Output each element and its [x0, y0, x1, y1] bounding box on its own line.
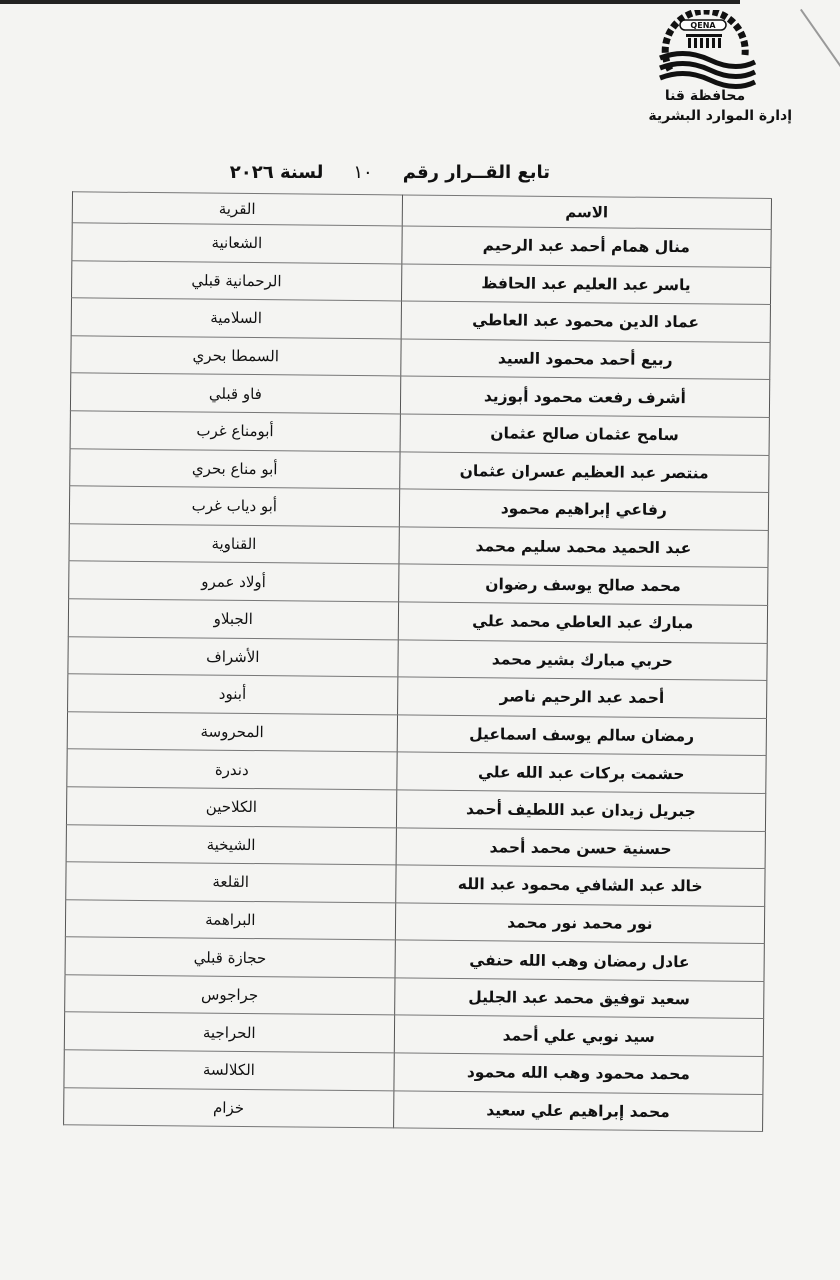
employee-village-table: الاسم القرية منال همام أحمد عبد الرحيمال…	[63, 191, 772, 1132]
employee-name-cell: نور محمد نور محمد	[395, 903, 765, 944]
title-prefix: تابع القــرار رقم	[403, 162, 550, 183]
employee-name-cell: عبد الحميد محمد سليم محمد	[399, 527, 769, 568]
employee-name-cell: منتصر عبد العظيم عسران عثمان	[399, 452, 769, 493]
page-fold-line	[800, 9, 840, 84]
village-cell: الجبلاو	[68, 599, 398, 640]
village-cell: أولاد عمرو	[69, 561, 399, 602]
village-cell: القلعة	[66, 862, 396, 903]
village-cell: دندرة	[67, 749, 397, 790]
governorate-name: محافظة قنا	[640, 88, 770, 104]
employee-name-cell: خالد عبد الشافي محمود عبد الله	[395, 865, 765, 906]
village-cell: أبو مناع بحري	[70, 448, 400, 489]
employee-name-cell: سامح عثمان صالح عثمان	[400, 414, 770, 455]
header-village: القرية	[72, 192, 402, 226]
decision-year: لسنة ٢٠٢٦	[230, 162, 324, 183]
document-title: تابع القــرار رقم ١٠ لسنة ٢٠٢٦	[210, 162, 550, 183]
village-cell: المحروسة	[67, 711, 397, 752]
employee-name-cell: عماد الدين محمود عبد العاطي	[401, 301, 771, 342]
village-cell: السمطا بحري	[71, 336, 401, 377]
village-cell: الكلالسة	[64, 1050, 394, 1091]
village-cell: الشعانية	[72, 223, 402, 264]
employee-name-cell: سعيد توفيق محمد عبد الجليل	[394, 978, 764, 1019]
employee-name-cell: جبريل زيدان عبد اللطيف أحمد	[396, 790, 766, 831]
employee-name-cell: رفاعي إبراهيم محمود	[399, 489, 769, 530]
village-cell: أبو دياب غرب	[69, 486, 399, 527]
village-cell: الأشراف	[68, 636, 398, 677]
village-cell: الكلاحين	[66, 787, 396, 828]
employee-name-cell: ربيع أحمد محمود السيد	[400, 339, 770, 380]
employee-name-cell: سيد نوبي علي أحمد	[394, 1015, 764, 1056]
page-top-edge	[0, 0, 740, 4]
village-cell: حجازة قبلي	[65, 937, 395, 978]
village-cell: أبومناع غرب	[70, 411, 400, 452]
village-cell: البراهمة	[65, 899, 395, 940]
employee-name-cell: رمضان سالم يوسف اسماعيل	[397, 715, 767, 756]
department-name: إدارة الموارد البشرية	[648, 108, 792, 124]
svg-text:QENA: QENA	[690, 21, 716, 30]
village-cell: القناوية	[69, 524, 399, 565]
employee-name-cell: حربي مبارك بشير محمد	[397, 639, 767, 680]
employee-name-cell: أحمد عبد الرحيم ناصر	[397, 677, 767, 718]
village-cell: أبنود	[68, 674, 398, 715]
village-cell: الرحمانية قبلي	[72, 260, 402, 301]
village-cell: فاو قبلي	[70, 373, 400, 414]
logo-emblem-icon: QENA	[650, 10, 760, 90]
employee-name-cell: منال همام أحمد عبد الرحيم	[401, 226, 771, 267]
village-cell: السلامية	[71, 298, 401, 339]
village-cell: الحراجية	[64, 1012, 394, 1053]
village-cell: خزام	[64, 1087, 394, 1128]
employee-name-cell: محمد إبراهيم علي سعيد	[393, 1091, 763, 1132]
letterhead: QENA محافظة قنا	[640, 10, 770, 104]
village-cell: الشيخية	[66, 824, 396, 865]
employee-name-cell: محمد محمود وهب الله محمود	[394, 1053, 764, 1094]
header-name: الاسم	[402, 195, 772, 230]
table-row: محمد إبراهيم علي سعيدخزام	[64, 1087, 763, 1131]
employee-name-cell: ياسر عبد العليم عبد الحافظ	[401, 264, 771, 305]
employee-name-cell: عادل رمضان وهب الله حنفي	[395, 940, 765, 981]
qena-governorate-logo: QENA	[650, 10, 760, 90]
employee-name-cell: مبارك عبد العاطي محمد علي	[398, 602, 768, 643]
employee-name-cell: أشرف رفعت محمود أبوزيد	[400, 376, 770, 417]
employee-name-cell: محمد صالح يوسف رضوان	[398, 564, 768, 605]
employee-name-cell: حسنية حسن محمد أحمد	[396, 827, 766, 868]
employee-name-cell: حشمت بركات عبد الله علي	[396, 752, 766, 793]
village-cell: جراجوس	[65, 975, 395, 1016]
decision-number: ١٠	[353, 162, 372, 183]
